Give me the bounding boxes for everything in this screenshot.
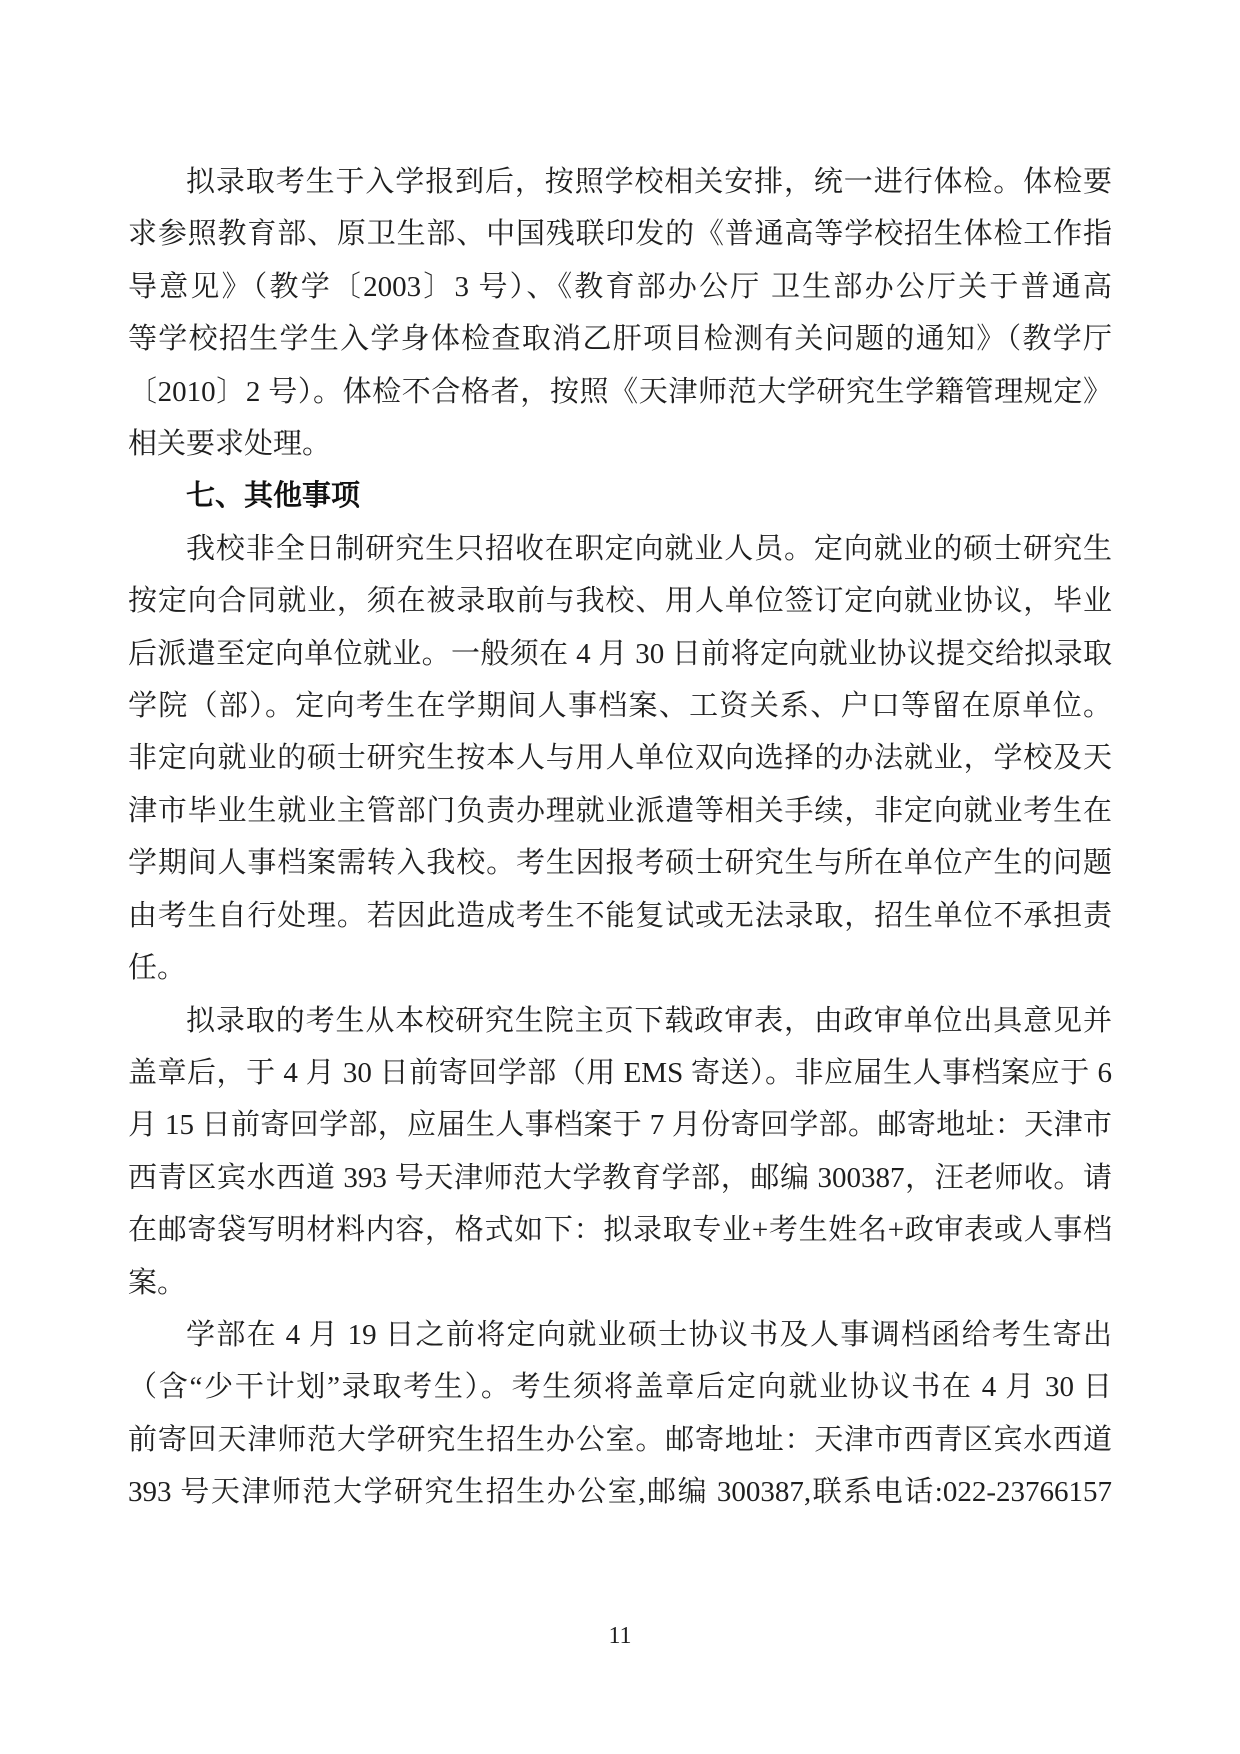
text-line: 盖章后，于 4 月 30 日前寄回学部（用 EMS 寄送）。非应届生人事档案应于… <box>128 1047 1112 1099</box>
text-line: 在邮寄袋写明材料内容，格式如下：拟录取专业+考生姓名+政审表或人事档 <box>128 1204 1112 1256</box>
paragraph-political-review: 拟录取的考生从本校研究生院主页下载政审表，由政审单位出具意见并 盖章后，于 4 … <box>128 995 1112 1309</box>
text-line: 西青区宾水西道 393 号天津师范大学教育学部，邮编 300387，汪老师收。请 <box>128 1152 1112 1204</box>
text-line: 由考生自行处理。若因此造成考生不能复试或无法录取，招生单位不承担责 <box>128 890 1112 942</box>
text-line: 学部在 4 月 19 日之前将定向就业硕士协议书及人事调档函给考生寄出 <box>128 1309 1112 1361</box>
text-line: 学院（部）。定向考生在学期间人事档案、工资关系、户口等留在原单位。 <box>128 680 1112 732</box>
document-body: 拟录取考生于入学报到后，按照学校相关安排，统一进行体检。体检要 求参照教育部、原… <box>128 156 1112 1519</box>
text-line: 月 15 日前寄回学部，应届生人事档案于 7 月份寄回学部。邮寄地址：天津市 <box>128 1099 1112 1151</box>
text-line: 任。 <box>128 942 1112 994</box>
text-line: 相关要求处理。 <box>128 418 1112 470</box>
text-line: 拟录取考生于入学报到后，按照学校相关安排，统一进行体检。体检要 <box>128 156 1112 208</box>
text-line: （含“少干计划”录取考生）。考生须将盖章后定向就业协议书在 4 月 30 日 <box>128 1361 1112 1413</box>
paragraph-employment: 我校非全日制研究生只招收在职定向就业人员。定向就业的硕士研究生 按定向合同就业，… <box>128 523 1112 995</box>
page-number: 11 <box>0 1620 1240 1652</box>
paragraph-medical-exam: 拟录取考生于入学报到后，按照学校相关安排，统一进行体检。体检要 求参照教育部、原… <box>128 156 1112 470</box>
text-line: 导意见》（教学〔2003〕3 号）、《教育部办公厅 卫生部办公厅关于普通高 <box>128 261 1112 313</box>
paragraph-agreement-mailing: 学部在 4 月 19 日之前将定向就业硕士协议书及人事调档函给考生寄出 （含“少… <box>128 1309 1112 1519</box>
text-line: 后派遣至定向单位就业。一般须在 4 月 30 日前将定向就业协议提交给拟录取 <box>128 628 1112 680</box>
text-line: 求参照教育部、原卫生部、中国残联印发的《普通高等学校招生体检工作指 <box>128 208 1112 260</box>
text-line: 393 号天津师范大学研究生招生办公室,邮编 300387,联系电话:022-2… <box>128 1466 1112 1518</box>
text-line: 按定向合同就业，须在被录取前与我校、用人单位签订定向就业协议，毕业 <box>128 575 1112 627</box>
text-line: 学期间人事档案需转入我校。考生因报考硕士研究生与所在单位产生的问题 <box>128 837 1112 889</box>
document-page: 拟录取考生于入学报到后，按照学校相关安排，统一进行体检。体检要 求参照教育部、原… <box>0 0 1240 1754</box>
text-line: 前寄回天津师范大学研究生招生办公室。邮寄地址：天津市西青区宾水西道 <box>128 1414 1112 1466</box>
text-line: 等学校招生学生入学身体检查取消乙肝项目检测有关问题的通知》（教学厅 <box>128 313 1112 365</box>
text-line: 我校非全日制研究生只招收在职定向就业人员。定向就业的硕士研究生 <box>128 523 1112 575</box>
text-line: 〔2010〕2 号）。体检不合格者，按照《天津师范大学研究生学籍管理规定》 <box>128 366 1112 418</box>
text-line: 拟录取的考生从本校研究生院主页下载政审表，由政审单位出具意见并 <box>128 995 1112 1047</box>
section-heading-other-matters: 七、其他事项 <box>128 470 1112 522</box>
text-line: 津市毕业生就业主管部门负责办理就业派遣等相关手续，非定向就业考生在 <box>128 785 1112 837</box>
text-line: 非定向就业的硕士研究生按本人与用人单位双向选择的办法就业，学校及天 <box>128 732 1112 784</box>
text-line: 案。 <box>128 1257 1112 1309</box>
